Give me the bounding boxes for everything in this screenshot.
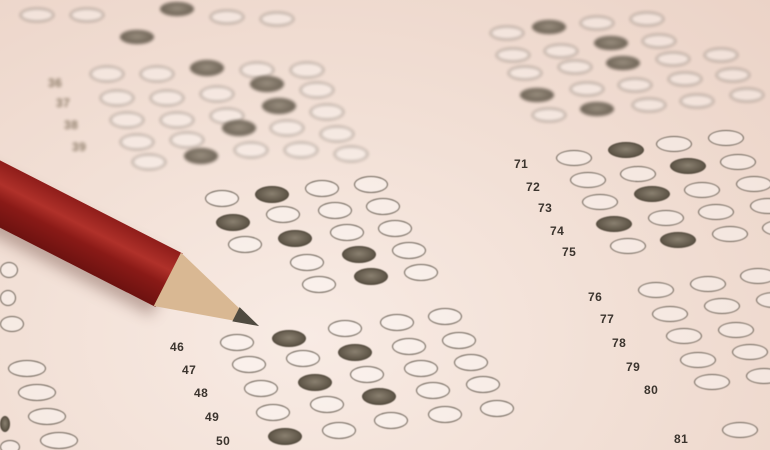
empty-answer-bubble [132,154,166,170]
empty-answer-bubble [620,166,656,182]
empty-answer-bubble [730,88,764,102]
question-number: 47 [182,363,196,377]
empty-answer-bubble [210,10,244,24]
empty-answer-bubble [656,52,690,66]
empty-answer-bubble [290,254,324,271]
empty-answer-bubble [334,146,368,162]
filled-answer-bubble [255,186,289,203]
empty-answer-bubble [0,440,20,450]
empty-answer-bubble [228,236,262,253]
empty-answer-bubble [570,82,604,96]
question-number: 72 [526,180,540,194]
question-number: 75 [562,245,576,259]
empty-answer-bubble [480,400,514,417]
empty-answer-bubble [100,90,134,106]
filled-answer-bubble [338,344,372,361]
empty-answer-bubble [300,82,334,98]
empty-answer-bubble [380,314,414,331]
filled-answer-bubble [606,56,640,70]
filled-answer-bubble [594,36,628,50]
filled-answer-bubble [532,20,566,34]
empty-answer-bubble [28,408,66,425]
empty-answer-bubble [570,172,606,188]
filled-answer-bubble [580,102,614,116]
empty-answer-bubble [656,136,692,152]
empty-answer-bubble [740,268,770,284]
answer-sheet-photo: 3637383945464748495071727374757677787980… [0,0,770,450]
filled-answer-bubble [222,120,256,136]
empty-answer-bubble [428,308,462,325]
empty-answer-bubble [330,224,364,241]
empty-answer-bubble [680,352,716,368]
empty-answer-bubble [610,238,646,254]
empty-answer-bubble [694,374,730,390]
filled-answer-bubble [216,214,250,231]
empty-answer-bubble [720,154,756,170]
empty-answer-bubble [0,316,24,332]
empty-answer-bubble [366,198,400,215]
empty-answer-bubble [350,366,384,383]
pencil [0,140,299,366]
empty-answer-bubble [354,176,388,193]
empty-answer-bubble [302,276,336,293]
empty-answer-bubble [256,404,290,421]
empty-answer-bubble [378,220,412,237]
empty-answer-bubble [722,422,758,438]
empty-answer-bubble [305,180,339,197]
question-number: 80 [644,383,658,397]
empty-answer-bubble [690,276,726,292]
empty-answer-bubble [762,220,770,236]
empty-answer-bubble [260,12,294,26]
empty-answer-bubble [750,198,770,214]
empty-answer-bubble [732,344,768,360]
filled-answer-bubble [342,246,376,263]
empty-answer-bubble [618,78,652,92]
empty-answer-bubble [286,350,320,367]
empty-answer-bubble [718,322,754,338]
empty-answer-bubble [310,396,344,413]
empty-answer-bubble [632,98,666,112]
empty-answer-bubble [558,60,592,74]
question-number: 48 [194,386,208,400]
filled-answer-bubble [596,216,632,232]
empty-answer-bubble [680,94,714,108]
empty-answer-bubble [270,120,304,136]
question-number: 50 [216,434,230,448]
empty-answer-bubble [490,26,524,40]
empty-answer-bubble [466,376,500,393]
empty-answer-bubble [404,264,438,281]
filled-answer-bubble [362,388,396,405]
question-number: 39 [72,140,86,154]
empty-answer-bubble [704,298,740,314]
empty-answer-bubble [322,422,356,439]
filled-answer-bubble [354,268,388,285]
empty-answer-bubble [110,112,144,128]
question-number: 74 [550,224,564,238]
empty-answer-bubble [200,86,234,102]
empty-answer-bubble [428,406,462,423]
empty-answer-bubble [150,90,184,106]
question-number: 49 [205,410,219,424]
filled-answer-bubble [660,232,696,248]
empty-answer-bubble [0,262,18,278]
empty-answer-bubble [756,292,770,308]
empty-answer-bubble [642,34,676,48]
question-number: 77 [600,312,614,326]
empty-answer-bubble [698,204,734,220]
empty-answer-bubble [404,360,438,377]
empty-answer-bubble [18,384,56,401]
empty-answer-bubble [668,72,702,86]
question-number: 36 [48,76,62,90]
empty-answer-bubble [630,12,664,26]
empty-answer-bubble [170,132,204,148]
empty-answer-bubble [708,130,744,146]
empty-answer-bubble [652,306,688,322]
filled-answer-bubble [184,148,218,164]
empty-answer-bubble [416,382,450,399]
question-number: 76 [588,290,602,304]
filled-answer-bubble [520,88,554,102]
question-number: 37 [56,96,70,110]
filled-answer-bubble [634,186,670,202]
filled-answer-bubble [298,374,332,391]
empty-answer-bubble [140,66,174,82]
empty-answer-bubble [496,48,530,62]
filled-answer-bubble [190,60,224,76]
empty-answer-bubble [442,332,476,349]
empty-answer-bubble [544,44,578,58]
empty-answer-bubble [638,282,674,298]
empty-answer-bubble [716,68,750,82]
filled-answer-bubble [262,98,296,114]
empty-answer-bubble [120,134,154,150]
empty-answer-bubble [704,48,738,62]
empty-answer-bubble [746,368,770,384]
question-number: 46 [170,340,184,354]
empty-answer-bubble [244,380,278,397]
empty-answer-bubble [580,16,614,30]
filled-answer-bubble [278,230,312,247]
empty-answer-bubble [160,112,194,128]
empty-answer-bubble [0,290,16,306]
filled-answer-bubble [120,30,154,44]
filled-answer-bubble [670,158,706,174]
empty-answer-bubble [8,360,46,377]
empty-answer-bubble [318,202,352,219]
empty-answer-bubble [310,104,344,120]
empty-answer-bubble [328,320,362,337]
empty-answer-bubble [666,328,702,344]
filled-answer-bubble [608,142,644,158]
empty-answer-bubble [70,8,104,22]
filled-answer-bubble [160,2,194,16]
question-number: 73 [538,201,552,215]
filled-answer-bubble [250,76,284,92]
empty-answer-bubble [648,210,684,226]
empty-answer-bubble [374,412,408,429]
empty-answer-bubble [40,432,78,449]
empty-answer-bubble [266,206,300,223]
empty-answer-bubble [736,176,770,192]
empty-answer-bubble [205,190,239,207]
empty-answer-bubble [20,8,54,22]
empty-answer-bubble [532,108,566,122]
question-number: 81 [674,432,688,446]
empty-answer-bubble [90,66,124,82]
filled-answer-bubble [0,416,10,432]
empty-answer-bubble [234,142,268,158]
question-number: 38 [64,118,78,132]
empty-answer-bubble [392,242,426,259]
empty-answer-bubble [284,142,318,158]
empty-answer-bubble [454,354,488,371]
empty-answer-bubble [320,126,354,142]
filled-answer-bubble [268,428,302,445]
empty-answer-bubble [556,150,592,166]
question-number: 78 [612,336,626,350]
question-number: 71 [514,157,528,171]
empty-answer-bubble [582,194,618,210]
empty-answer-bubble [508,66,542,80]
empty-answer-bubble [684,182,720,198]
empty-answer-bubble [290,62,324,78]
empty-answer-bubble [392,338,426,355]
empty-answer-bubble [712,226,748,242]
question-number: 79 [626,360,640,374]
